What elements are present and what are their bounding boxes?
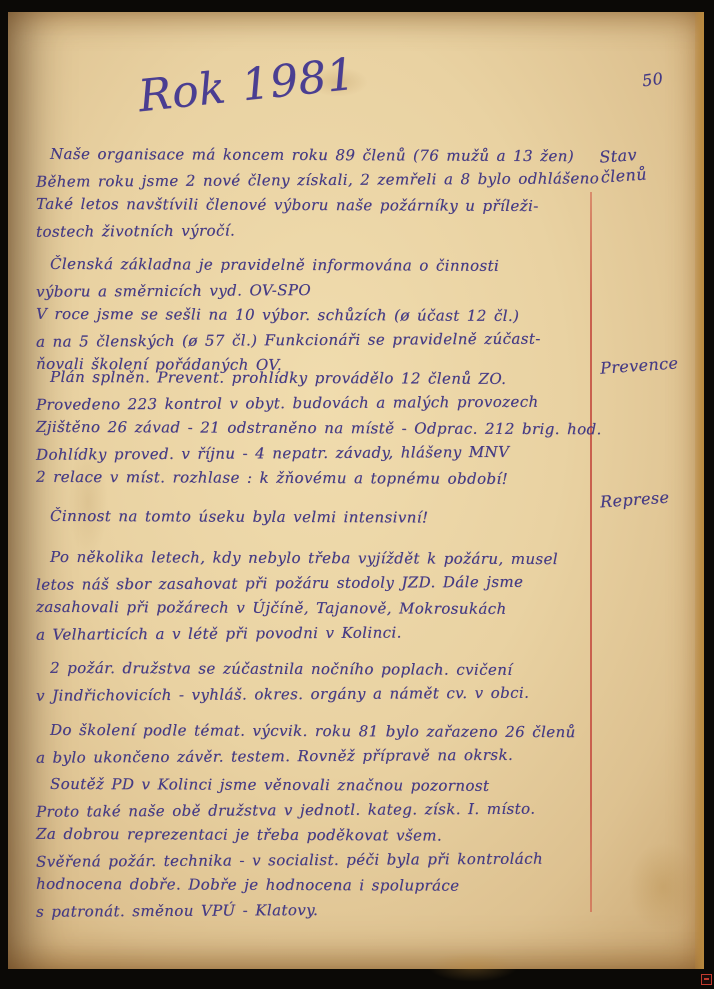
handwritten-line: Po několika letech, kdy nebylo třeba vyj… [36,545,592,572]
handwritten-line: 2 požár. družstva se zúčastnila nočního … [36,656,592,683]
handwritten-line: Do školení podle témat. výcvik. roku 81 … [36,718,592,745]
handwritten-line: Zjištěno 26 závad - 21 odstraněno na mís… [36,415,592,442]
handwritten-line: Členská základna je pravidelně informová… [36,252,592,279]
page-edge [695,12,704,969]
handwritten-line: Naše organisace má koncem roku 89 členů … [36,142,592,169]
handwritten-line: hodnocena dobře. Dobře je hodnocena i sp… [36,872,592,899]
handwritten-line: letos náš sbor zasahovat při požáru stod… [36,569,592,597]
handwritten-line: 2 relace v míst. rozhlase : k žňovému a … [36,465,592,492]
paragraph-exercise: 2 požár. družstva se zúčastnila nočního … [36,657,592,707]
handwritten-line: tostech životních výročí. [36,216,592,244]
handwritten-line: zasahovali při požárech v Újčíně, Tajano… [36,595,592,622]
paragraph-membership: Naše organisace má koncem roku 89 členů … [36,143,592,243]
handwritten-line: V roce jsme se sešli na 10 výbor. schůzí… [36,302,592,329]
scan-artifact-icon [701,974,712,985]
paragraph-summary: Činnost na tomto úseku byla velmi intens… [36,505,592,530]
page-number: 50 [641,69,665,91]
handwritten-line: Svěřená požár. technika - v socialist. p… [36,846,592,874]
paragraph-prevention: Plán splněn. Prevent. prohlídky prováděl… [36,366,592,491]
paper-stain [628,842,698,932]
handwritten-line: Dohlídky proved. v říjnu - 4 nepatr. záv… [36,439,592,467]
handwritten-line: v Jindřichovicích - vyhláš. okres. orgán… [36,680,592,708]
paragraph-competition: Soutěž PD v Kolinci jsme věnovali značno… [36,773,592,923]
paragraph-meetings: Členská základna je pravidelně informová… [36,253,592,378]
handwritten-line: výboru a směrnicích vyd. OV-SPO [36,276,592,304]
handwritten-line: Proto také naše obě družstva v jednotl. … [36,796,592,824]
paragraph-training: Do školení podle témat. výcvik. roku 81 … [36,719,592,769]
handwritten-line: Během roku jsme 2 nové členy získali, 2 … [36,166,592,194]
handwritten-line: a Velharticích a v létě při povodni v Ko… [36,619,592,647]
handwritten-line: s patronát. směnou VPÚ - Klatovy. [36,896,592,924]
handwritten-line: Za dobrou reprezentaci je třeba poděkova… [36,822,592,849]
margin-note-line: členů [600,164,647,187]
handwritten-line: Soutěž PD v Kolinci jsme věnovali značno… [36,772,592,799]
handwritten-line: Činnost na tomto úseku byla velmi intens… [36,504,592,531]
paper-stain [428,952,518,982]
handwritten-line: a bylo ukončeno závěr. testem. Rovněž př… [36,742,592,770]
margin-note-stav-clenu: Stav členů [599,144,648,187]
handwritten-line: Plán splněn. Prevent. prohlídky prováděl… [36,365,592,392]
handwritten-line: Provedeno 223 kontrol v obyt. budovách a… [36,389,592,417]
handwritten-line: a na 5 členských (ø 57 čl.) Funkcionáři … [36,326,592,354]
paragraph-fires: Po několika letech, kdy nebylo třeba vyj… [36,546,592,646]
handwritten-line: Také letos navštívili členové výboru naš… [36,192,592,219]
